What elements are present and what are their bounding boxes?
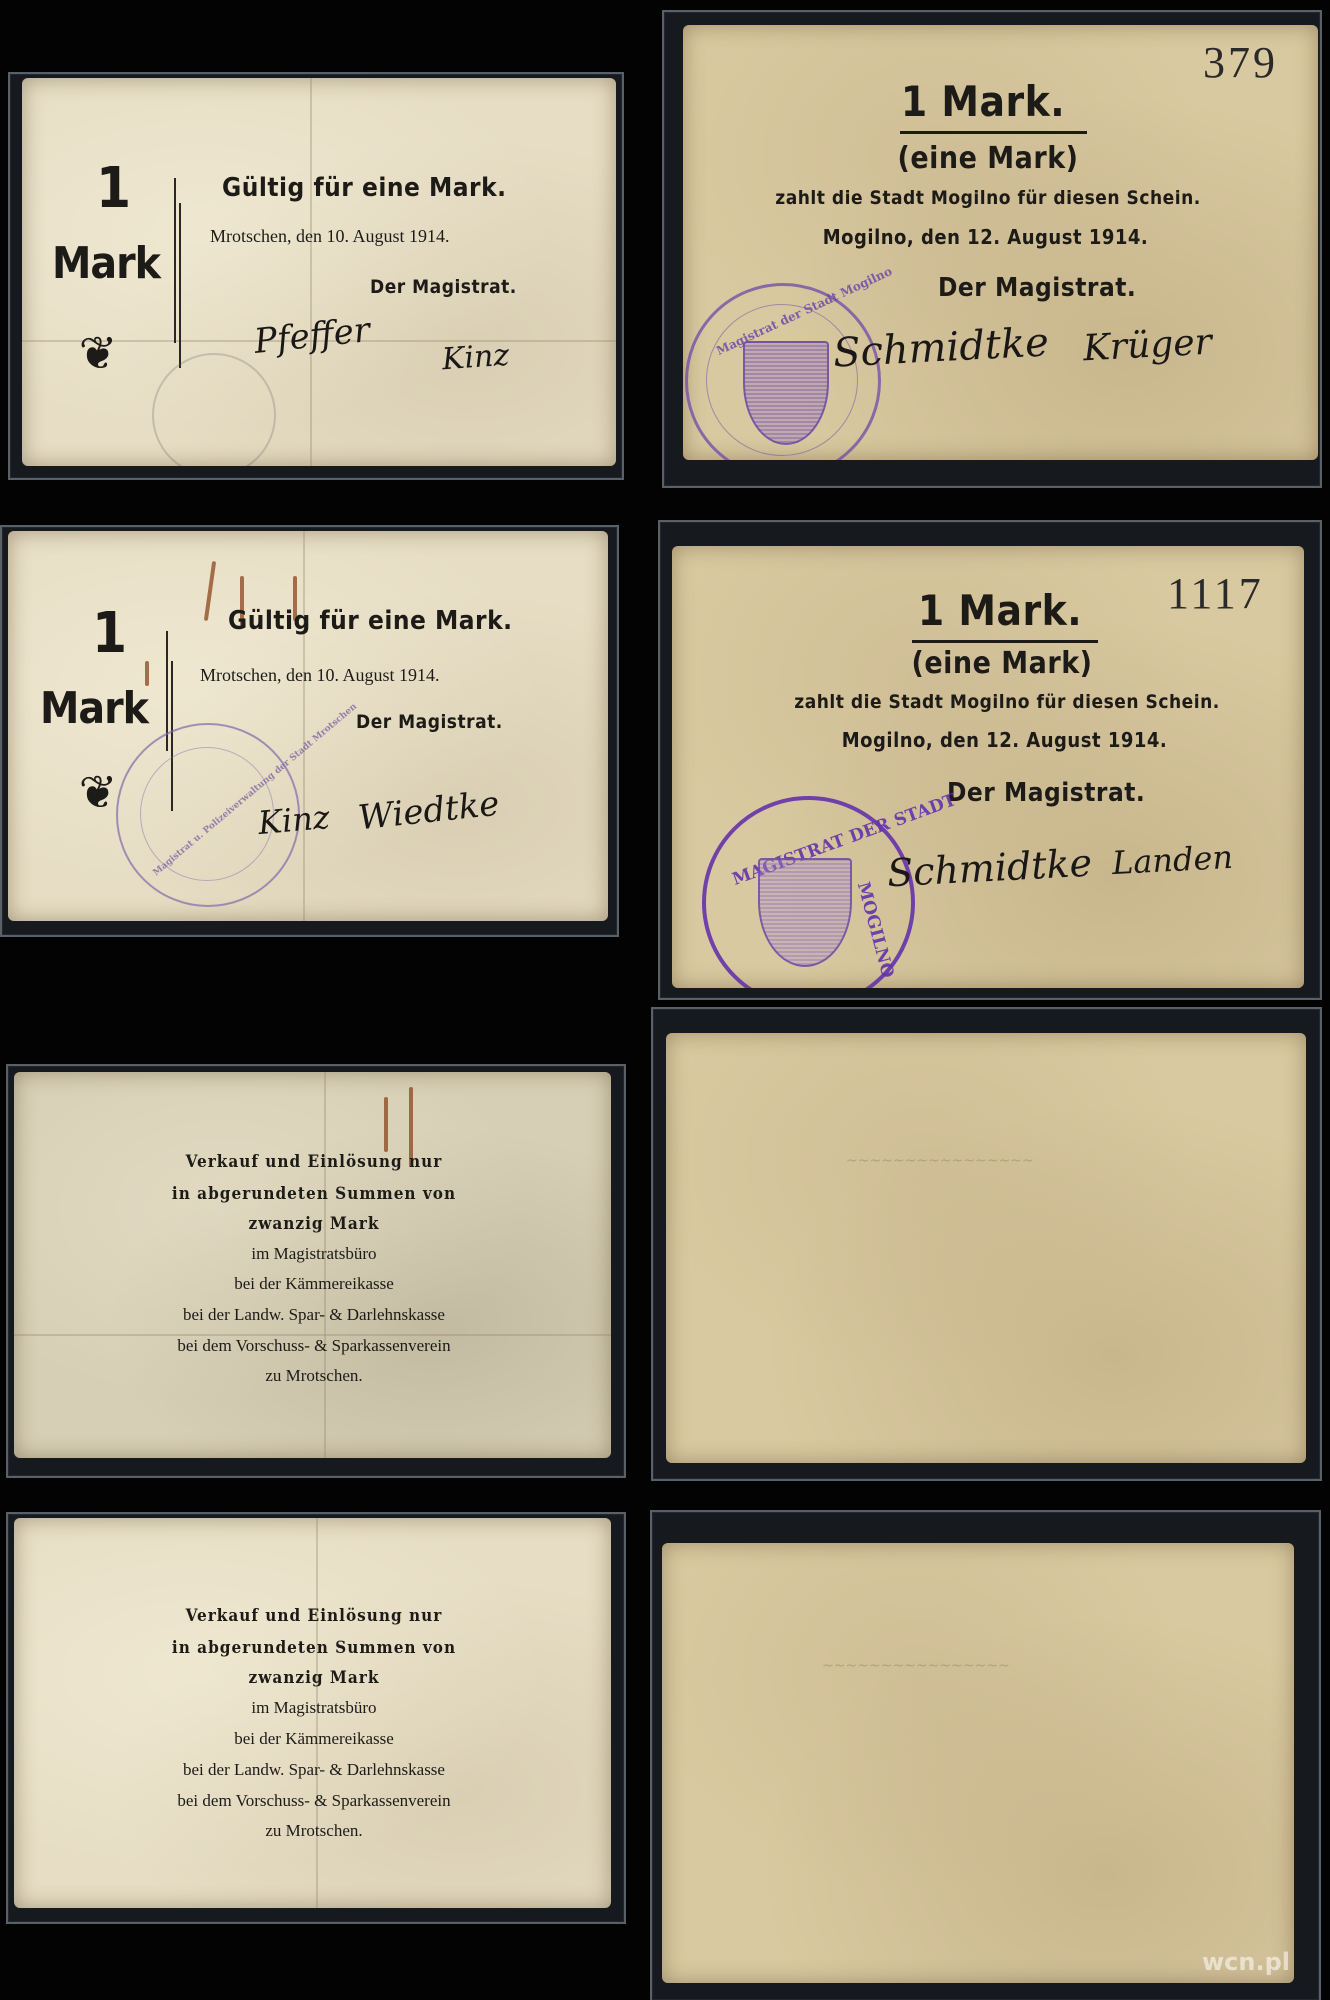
serial-number: 1117	[1167, 568, 1264, 619]
banknote-mogilno-back-379: ~~~~~~~~~~~~~~~~	[666, 1033, 1306, 1463]
value: 1 Mark.	[883, 77, 1083, 126]
back-bold-line: in abgerundeten Summen von	[114, 1184, 514, 1204]
signature-1: Kinz	[256, 798, 331, 842]
value-underline	[912, 640, 1098, 643]
value-word: Mark	[52, 238, 160, 289]
signature-2: Kinz	[441, 338, 510, 378]
back-line: bei dem Vorschuss- & Sparkassenverein	[114, 1791, 514, 1811]
place-date: Mogilno, den 12. August 1914.	[813, 225, 1158, 249]
show-through-print: ~~~~~~~~~~~~~~~~	[822, 1658, 1010, 1674]
signature-2: Landen	[1111, 838, 1234, 882]
back-bold-line: zwanzig Mark	[114, 1214, 514, 1234]
value-words: (eine Mark)	[847, 646, 1157, 681]
back-line: zu Mrotschen.	[114, 1821, 514, 1841]
back-line: im Magistratsbüro	[114, 1244, 514, 1264]
value: 1 Mark.	[900, 586, 1100, 635]
back-line: bei der Landw. Spar- & Darlehnskasse	[114, 1760, 514, 1780]
divider-line	[174, 178, 176, 343]
value-numeral: 1	[96, 156, 132, 221]
signature-2: Krüger	[1082, 322, 1213, 370]
promise-text: zahlt die Stadt Mogilno für diesen Schei…	[772, 691, 1242, 713]
back-line: im Magistratsbüro	[114, 1698, 514, 1718]
show-through-print: ~~~~~~~~~~~~~~~~	[846, 1153, 1034, 1169]
signature-1: Schmidtke	[832, 319, 1050, 376]
headline: Gültig für eine Mark.	[222, 173, 507, 203]
signature-1: Pfeffer	[252, 310, 372, 362]
coat-of-arms-icon	[758, 858, 852, 967]
back-bold-line: zwanzig Mark	[114, 1668, 514, 1688]
divider-line	[179, 203, 181, 368]
place-date: Mogilno, den 12. August 1914.	[832, 728, 1177, 752]
value-words: (eine Mark)	[833, 141, 1143, 176]
back-bold-line: Verkauf und Einlösung nur	[114, 1606, 514, 1626]
headline: Gültig für eine Mark.	[228, 606, 513, 636]
fleuron-ornament-icon: ❦	[60, 330, 136, 376]
fold-line	[303, 531, 305, 921]
back-line: bei der Kämmereikasse	[114, 1274, 514, 1294]
authority: Der Magistrat.	[938, 273, 1136, 303]
signature-1: Schmidtke	[886, 841, 1093, 896]
watermark-text: wcn.pl	[1202, 1948, 1290, 1976]
fold-line	[324, 1072, 326, 1458]
back-line: bei dem Vorschuss- & Sparkassenverein	[114, 1336, 514, 1356]
authority: Der Magistrat.	[370, 276, 517, 298]
back-line: bei der Landw. Spar- & Darlehnskasse	[114, 1305, 514, 1325]
banknote-mrotschen-front-2: 1 Mark ❦ Gültig für eine Mark. Mrotschen…	[8, 531, 608, 921]
back-bold-line: Verkauf und Einlösung nur	[114, 1152, 514, 1172]
faint-stamp	[152, 353, 276, 466]
authority: Der Magistrat.	[947, 778, 1145, 808]
banknote-mrotschen-back-1: Verkauf und Einlösung nur in abgerundete…	[14, 1072, 611, 1458]
banknote-mogilno-back-1117: ~~~~~~~~~~~~~~~~ wcn.pl	[662, 1543, 1294, 1983]
promise-text: zahlt die Stadt Mogilno für diesen Schei…	[753, 187, 1223, 209]
authority: Der Magistrat.	[356, 711, 503, 733]
serial-number: 379	[1203, 37, 1278, 88]
fold-line	[310, 78, 312, 466]
value-underline	[900, 131, 1087, 134]
back-line: bei der Kämmereikasse	[114, 1729, 514, 1749]
value-word: Mark	[40, 683, 148, 734]
banknote-mogilno-front-379: 379 1 Mark. (eine Mark) zahlt die Stadt …	[683, 25, 1318, 460]
place-date: Mrotschen, den 10. August 1914.	[210, 226, 449, 247]
banknote-mrotschen-back-2: Verkauf und Einlösung nur in abgerundete…	[14, 1518, 611, 1908]
stamp-inner-ring	[140, 747, 274, 881]
rust-stain	[204, 561, 216, 621]
value-numeral: 1	[92, 601, 128, 666]
place-date: Mrotschen, den 10. August 1914.	[200, 665, 439, 686]
back-line: zu Mrotschen.	[114, 1366, 514, 1386]
signature-2: Wiedtke	[356, 784, 501, 839]
banknote-mogilno-front-1117: 1117 1 Mark. (eine Mark) zahlt die Stadt…	[672, 546, 1304, 988]
banknote-mrotschen-front-1: 1 Mark ❦ Gültig für eine Mark. Mrotschen…	[22, 78, 616, 466]
city-stamp: MAGISTRAT DER STADT MOGILNO	[702, 796, 915, 988]
back-bold-line: in abgerundeten Summen von	[114, 1638, 514, 1658]
rust-stain	[384, 1097, 388, 1152]
